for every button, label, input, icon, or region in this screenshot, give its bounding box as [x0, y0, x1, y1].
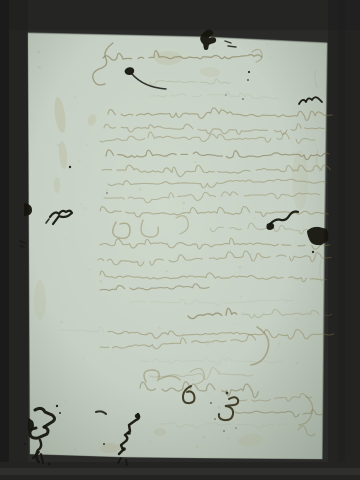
manuscript-photo: [0, 0, 360, 480]
manuscript-scan: [0, 0, 360, 480]
paper-sheet: [28, 33, 327, 459]
